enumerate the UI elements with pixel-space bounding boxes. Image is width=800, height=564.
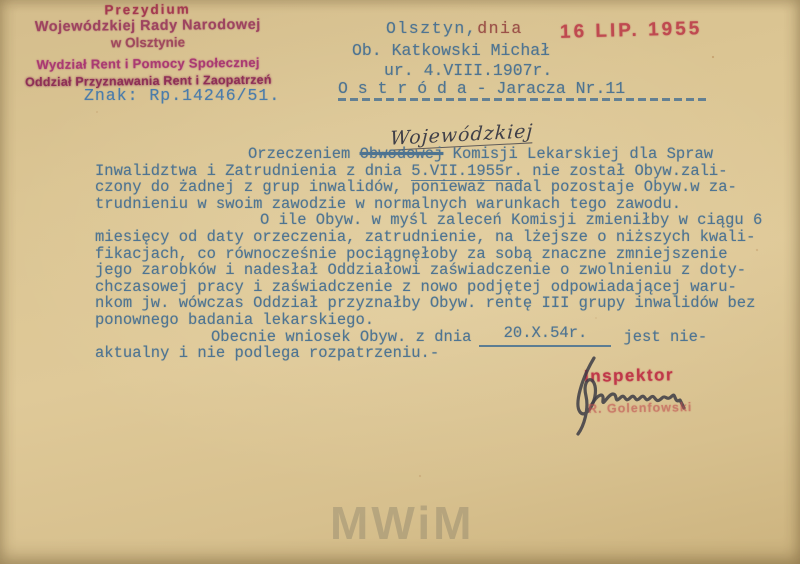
place-date-line: Olsztyn,dnia [386, 19, 523, 38]
date-stamp: 16 LIP. 1955 [560, 18, 703, 44]
letterhead-department: Wydział Rent i Pomocy Społecznej [14, 55, 282, 73]
body-line-p2-4: jego zarobków i nadesłał Oddziałowi zaśw… [95, 262, 795, 279]
letterhead-org-line3: w Olsztynie [14, 34, 282, 53]
p1-l1-post: Komisji Lekarskiej dla Spraw [443, 145, 713, 163]
filled-blank: 20.X.54r. [479, 329, 611, 348]
dnia-word: dnia [477, 19, 523, 38]
address-underline [338, 98, 706, 101]
struck-word: Obwodowej [360, 145, 444, 163]
place-name: Olsztyn, [386, 19, 477, 38]
body-line-p2-5: chczasowej pracy i zaświadczenie z nowo … [95, 279, 795, 296]
body-line-p1-1: Orzeczeniem Obwodowej Komisji Lekarskiej… [95, 146, 795, 163]
p1-l2-pre: Inwalidztwa i Zatrudnienia z dnia [95, 162, 411, 180]
p3-l1-pre: Obecnie wniosek Obyw. z dnia [211, 328, 471, 346]
addressee-name: Ob. Katkowski Michał [352, 41, 550, 60]
reference-number: Znak: Rp.14246/51. [84, 86, 280, 105]
archive-watermark: MWiM [330, 496, 474, 550]
p1-l1-pre: Orzeczeniem [248, 145, 360, 163]
p3-l1-post: jest nie- [623, 328, 707, 346]
body-line-p3-1: Obecnie wniosek Obyw. z dnia20.X.54r.jes… [95, 329, 795, 346]
addressee-birthdate: ur. 4.VIII.1907r. [384, 61, 552, 80]
letterhead-stamp: Prezydium Wojewódzkiej Rady Narodowej w … [14, 1, 283, 91]
handwritten-signature [548, 350, 728, 440]
filled-blank-date: 20.X.54r. [504, 325, 588, 342]
body-line-p1-3: czony do żadnej z grup inwalidów, poniew… [95, 179, 795, 196]
p1-l2-post: nie został Obyw.zali- [523, 162, 728, 180]
body-line-p2-3: fikacjach, co równocześnie pociągnęłoby … [95, 246, 795, 263]
letterhead-org-line2: Wojewódzkiej Rady Narodowej [14, 17, 282, 37]
addressee-address: O s t r ó d a - Jaracza Nr.11 [338, 79, 625, 98]
document-page: Prezydium Wojewódzkiej Rady Narodowej w … [0, 0, 800, 564]
body-line-p1-4: trudnieniu w swoim zawodzie w normalnych… [95, 196, 795, 213]
body-line-p2-2: miesięcy od daty orzeczenia, zatrudnieni… [95, 229, 795, 246]
signatory-name-stamp: R. Golenfowski [588, 400, 693, 416]
body-line-p1-2: Inwalidztwa i Zatrudnienia z dnia 5.VII.… [95, 163, 795, 180]
body-line-p2-7: ponownego badania lekarskiego. [95, 312, 795, 329]
letter-body: Orzeczeniem Obwodowej Komisji Lekarskiej… [95, 146, 795, 362]
body-line-p2-6: nkom jw. wówczas Oddział przyznałby Obyw… [95, 295, 795, 312]
body-line-p2-1: O ile Obyw. w myśl zaleceń Komisji zmien… [95, 212, 795, 229]
